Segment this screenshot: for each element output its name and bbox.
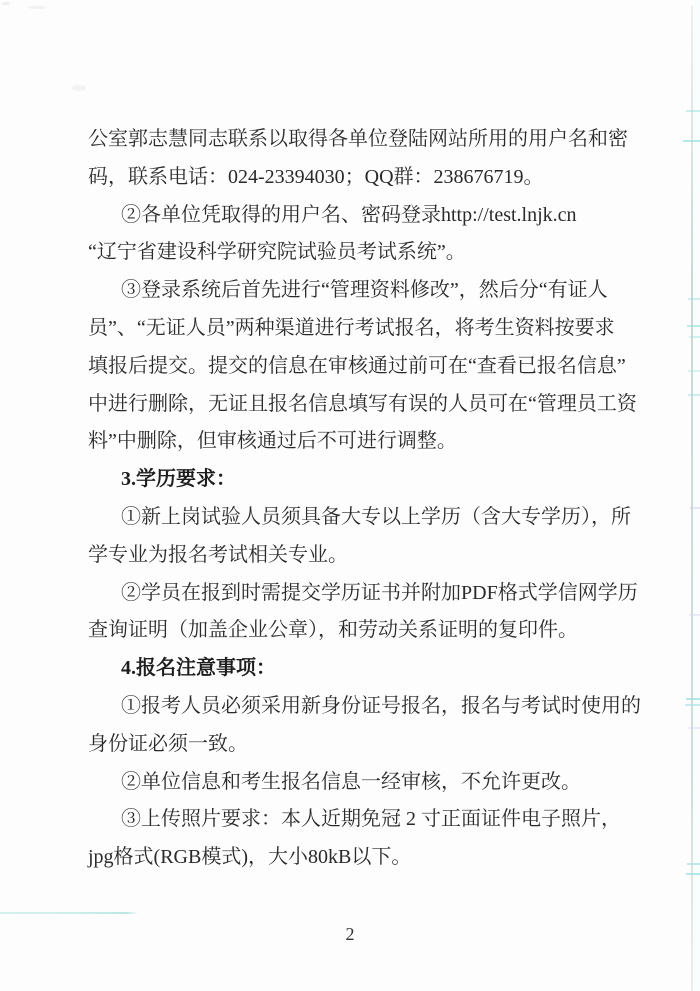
- scan-tick-artifact: [685, 704, 700, 706]
- scan-edge-line: [691, 6, 693, 991]
- doc-line: 查询证明（加盖企业公章），和劳动关系证明的复印件。: [88, 612, 628, 650]
- scan-tick-artifact: [686, 698, 700, 700]
- scan-tick-artifact: [686, 873, 700, 875]
- scan-smudge-artifact: [72, 85, 86, 91]
- doc-line: 填报后提交。提交的信息在审核通过前可在“查看已报名信息”: [88, 348, 628, 386]
- doc-line: 员”、“无证人员”两种渠道进行考试报名，将考生资料按要求: [88, 310, 628, 348]
- doc-line: 公室郭志慧同志联系以取得各单位登陆网站所用的用户名和密: [88, 121, 628, 159]
- doc-line: 身份证必须一致。: [88, 726, 628, 764]
- doc-heading: 4.报名注意事项：: [88, 650, 628, 688]
- doc-line: 码，联系电话：024-23394030；QQ群：238676719。: [88, 159, 628, 197]
- scan-tick-artifact: [689, 336, 700, 338]
- doc-heading: 3.学历要求：: [88, 461, 628, 499]
- scan-teal-line-artifact: [0, 912, 138, 914]
- scan-edge-strip: [693, 0, 700, 991]
- scan-tick-artifact: [686, 110, 700, 112]
- doc-line: ①新上岗试验人员须具备大专以上学历（含大专学历），所: [88, 499, 628, 537]
- scan-tick-artifact: [688, 727, 700, 729]
- scan-smudge-artifact: [28, 6, 46, 9]
- doc-line: 中进行删除，无证且报名信息填写有误的人员可在“管理员工资: [88, 386, 628, 424]
- document-body: 公室郭志慧同志联系以取得各单位登陆网站所用的用户名和密 码，联系电话：024-2…: [88, 121, 628, 877]
- scan-tick-artifact: [683, 140, 700, 142]
- doc-line: ③上传照片要求：本人近期免冠 2 寸正面证件电子照片，: [88, 801, 628, 839]
- scan-tick-artifact: [688, 298, 700, 300]
- doc-line: ③登录系统后首先进行“管理资料修改”，然后分“有证人: [88, 272, 628, 310]
- scan-tick-artifact: [687, 325, 700, 327]
- doc-line: ②单位信息和考生报名信息一经审核，不允许更改。: [88, 764, 628, 802]
- scan-smudge-artifact: [2, 2, 10, 5]
- doc-line: “辽宁省建设科学研究院试验员考试系统”。: [88, 234, 628, 272]
- doc-line: 料”中删除，但审核通过后不可进行调整。: [88, 423, 628, 461]
- doc-line: ②各单位凭取得的用户名、密码登录http://test.lnjk.cn: [88, 197, 628, 235]
- page-number: 2: [0, 924, 700, 945]
- doc-line: ①报考人员必须采用新身份证号报名，报名与考试时使用的: [88, 688, 628, 726]
- scan-tick-artifact: [689, 614, 700, 616]
- doc-line: jpg格式(RGB模式)，大小80kB以下。: [88, 839, 628, 877]
- scan-tick-artifact: [687, 863, 700, 865]
- scan-tick-artifact: [690, 507, 700, 509]
- scanned-document-page: { "document": { "page_number": "2", "lin…: [0, 0, 700, 991]
- doc-line: ②学员在报到时需提交学历证书并附加PDF格式学信网学历: [88, 575, 628, 613]
- paper-background: 公室郭志慧同志联系以取得各单位登陆网站所用的用户名和密 码，联系电话：024-2…: [0, 0, 700, 991]
- doc-line: 学专业为报名考试相关专业。: [88, 537, 628, 575]
- scan-tick-artifact: [688, 394, 700, 396]
- scan-tick-artifact: [688, 370, 700, 372]
